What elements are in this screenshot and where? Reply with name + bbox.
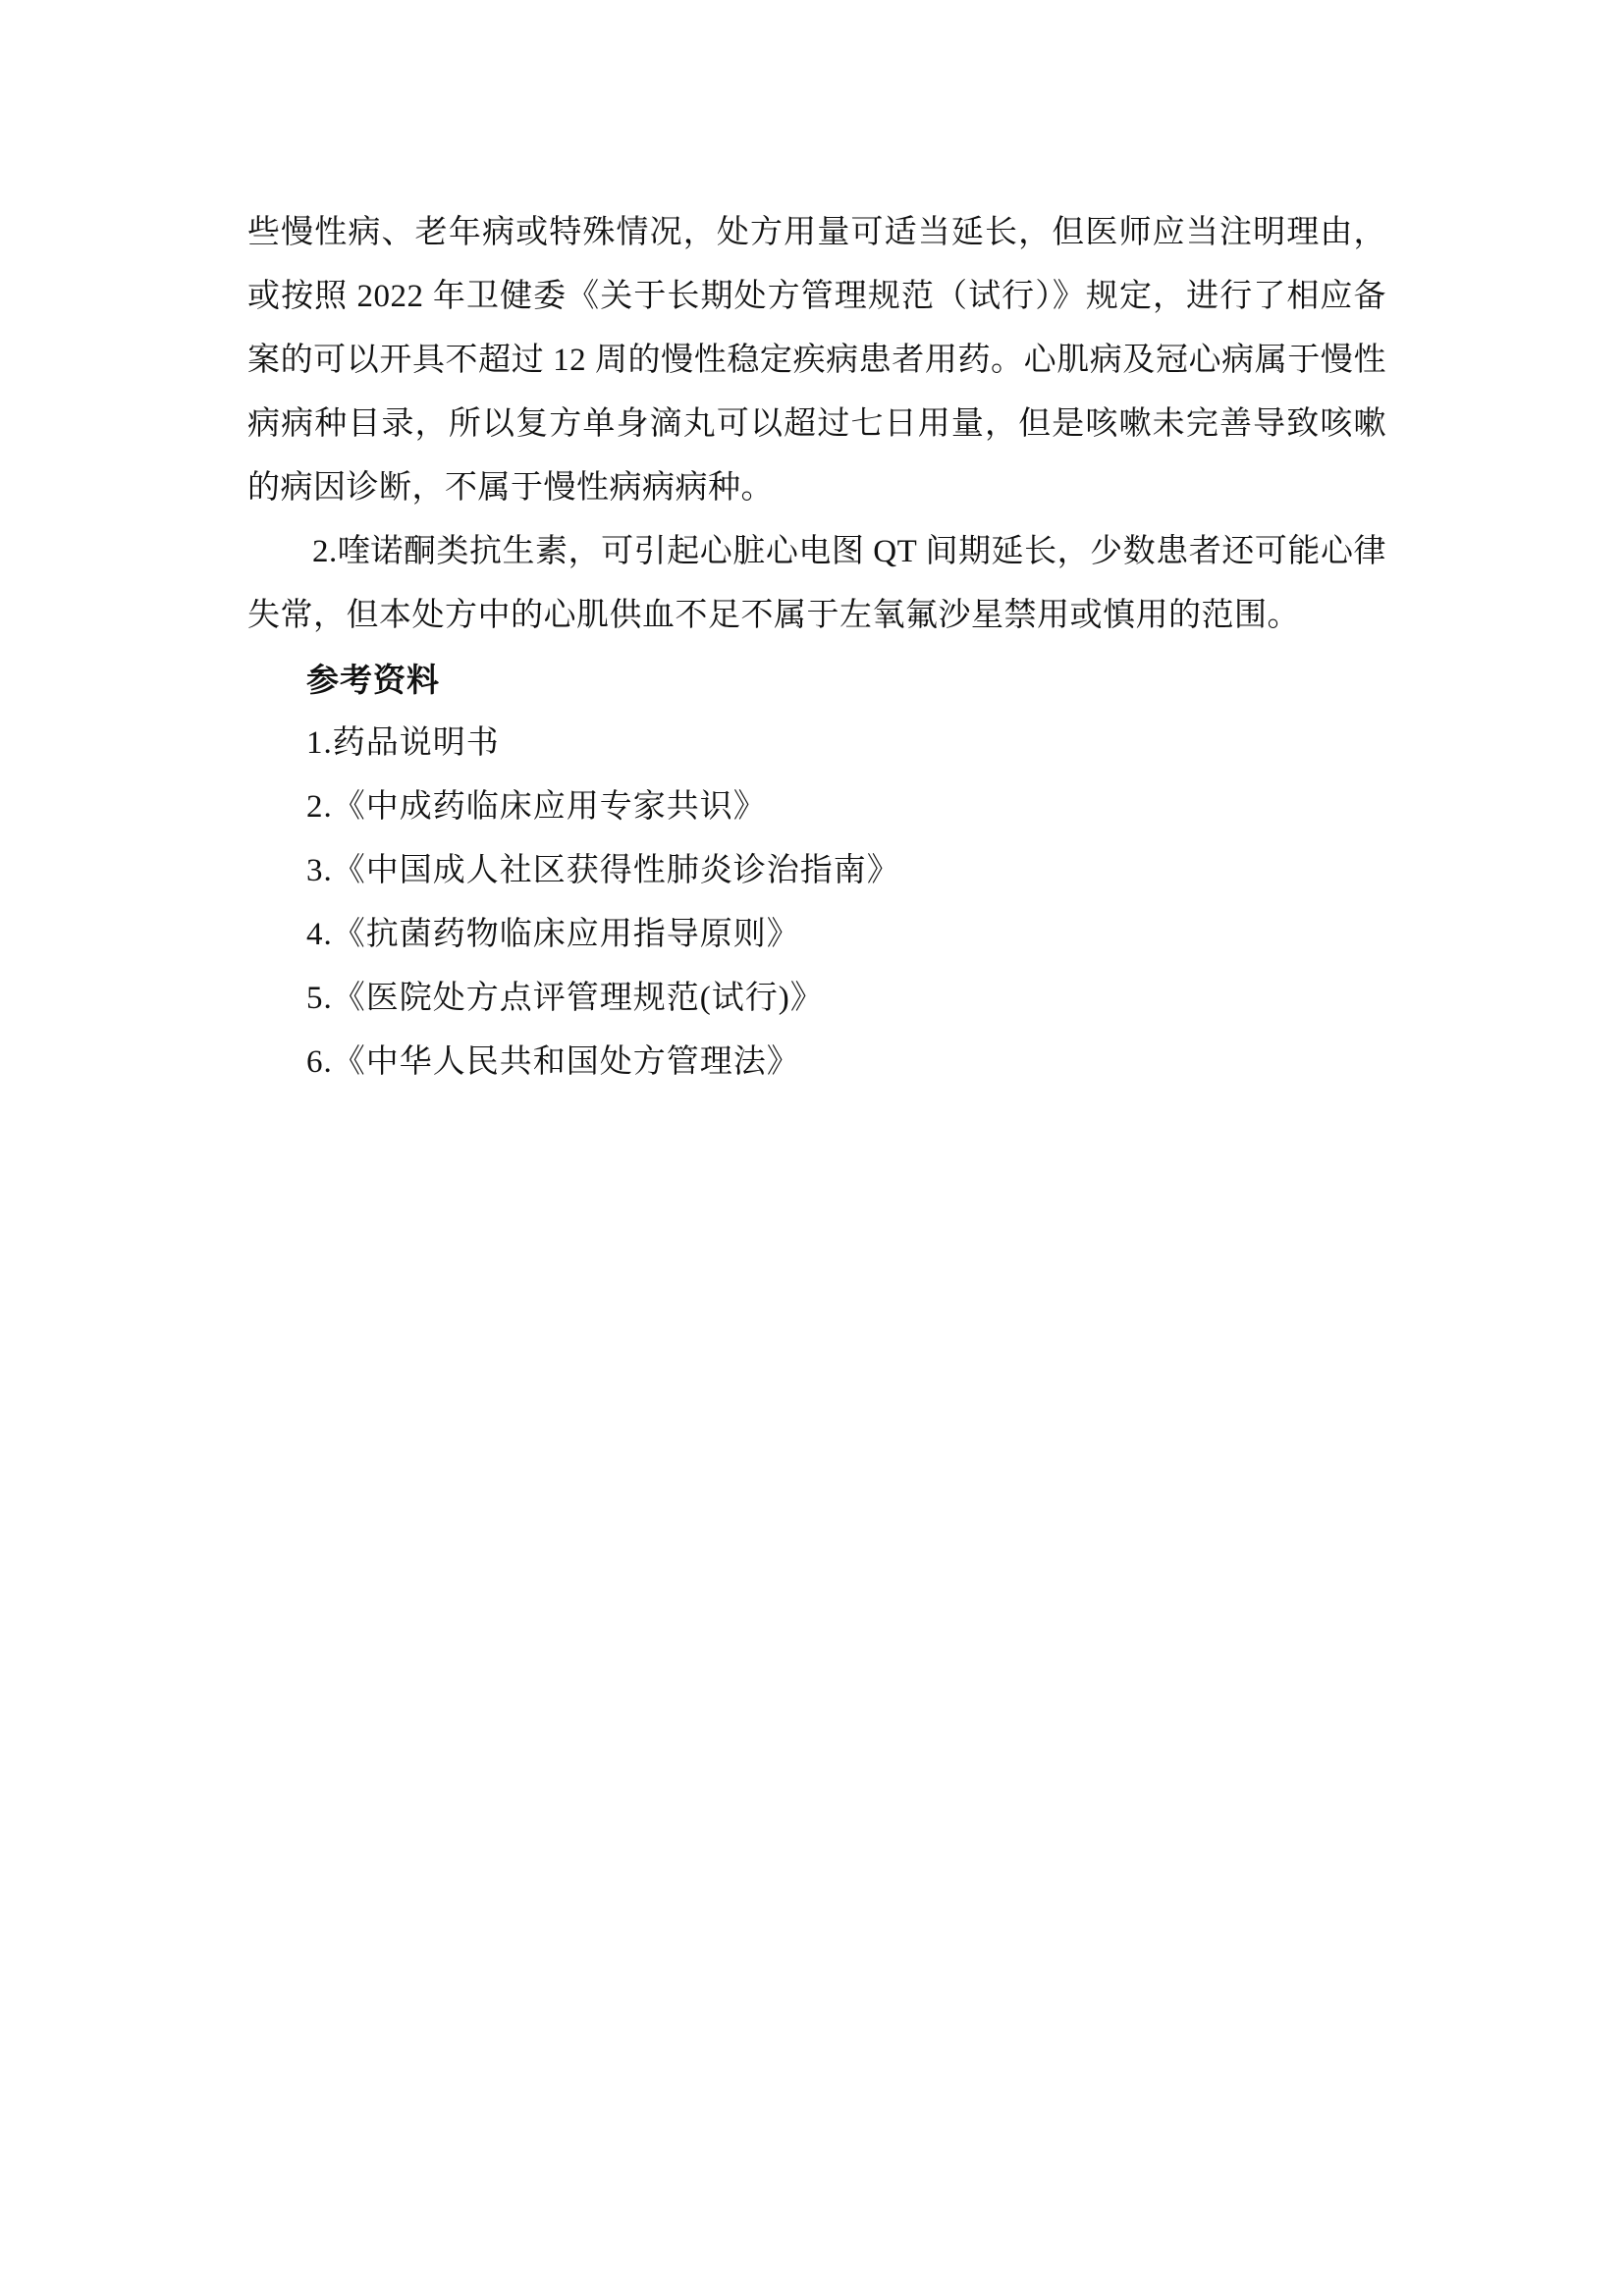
reference-item: 5.《医院处方点评管理规范(试行)》: [306, 967, 1386, 1031]
body-paragraph-continuation: 些慢性病、老年病或特殊情况，处方用量可适当延长，但医师应当注明理由，或按照 20…: [247, 201, 1386, 520]
reference-item: 4.《抗菌药物临床应用指导原则》: [306, 903, 1386, 967]
reference-item: 6.《中华人民共和国处方管理法》: [306, 1031, 1386, 1095]
references-list: 1.药品说明书 2.《中成药临床应用专家共识》 3.《中国成人社区获得性肺炎诊治…: [247, 712, 1386, 1095]
reference-item: 1.药品说明书: [306, 712, 1386, 775]
document-page: 些慢性病、老年病或特殊情况，处方用量可适当延长，但医师应当注明理由，或按照 20…: [247, 201, 1386, 1095]
reference-item: 2.《中成药临床应用专家共识》: [306, 775, 1386, 839]
reference-item: 3.《中国成人社区获得性肺炎诊治指南》: [306, 839, 1386, 903]
references-heading: 参考资料: [247, 648, 1386, 712]
body-paragraph-quinolone-note: 2.喹诺酮类抗生素，可引起心脏心电图 QT 间期延长，少数患者还可能心律失常，但…: [247, 520, 1386, 648]
